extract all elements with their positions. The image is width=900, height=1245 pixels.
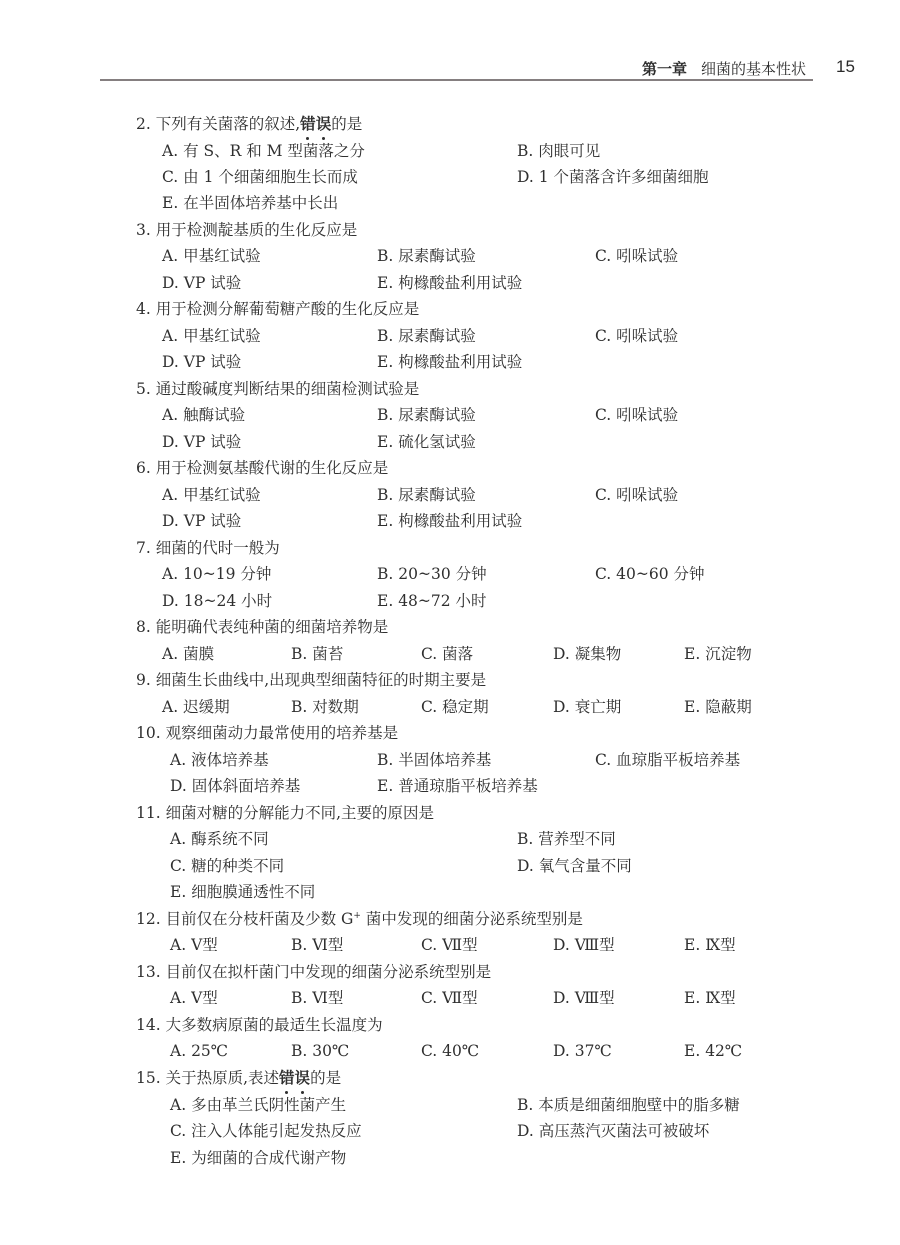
option-text: 10~19 分钟 — [183, 565, 271, 583]
question-number: 13. — [136, 963, 161, 981]
option-label: C. — [421, 936, 437, 954]
option-text: Ⅷ型 — [575, 989, 615, 1007]
option-text: 在半固体培养基中长出 — [183, 194, 338, 212]
option-label: C. — [421, 698, 437, 716]
option-label: E. — [684, 936, 700, 954]
question-9-stem: 9. 细菌生长曲线中,出现典型细菌特征的时期主要是 — [136, 668, 486, 692]
option-label: A. — [162, 406, 178, 424]
option: D. 固体斜面培养基 — [170, 774, 300, 798]
option-label: E. — [377, 777, 393, 795]
option-label: D. — [517, 857, 534, 875]
question-3-stem: 3. 用于检测靛基质的生化反应是 — [136, 218, 357, 242]
stem-text: 用于检测分解葡萄糖产酸的生化反应是 — [156, 300, 420, 318]
option-label: B. — [291, 989, 307, 1007]
option-text: 液体培养基 — [191, 751, 269, 769]
option: B. 营养型不同 — [517, 827, 616, 851]
option: B. 尿素酶试验 — [377, 483, 476, 507]
question-number: 15. — [136, 1069, 161, 1087]
option-label: C. — [595, 247, 611, 265]
option-text: 40~60 分钟 — [616, 565, 704, 583]
option-text: VP 试验 — [184, 433, 242, 451]
option-text: Ⅵ型 — [312, 936, 343, 954]
option: D. VP 试验 — [162, 271, 241, 295]
option-text: 为细菌的合成代谢产物 — [191, 1149, 346, 1167]
question-number: 4. — [136, 300, 151, 318]
option-label: D. — [162, 433, 179, 451]
option-label: E. — [377, 433, 393, 451]
option-label: B. — [377, 751, 393, 769]
option-label: D. — [553, 698, 570, 716]
option: C. 注入人体能引起发热反应 — [170, 1119, 362, 1143]
option-label: D. — [553, 645, 570, 663]
option-text: Ⅵ型 — [312, 989, 343, 1007]
option: E. Ⅸ型 — [684, 986, 736, 1010]
stem-text: 观察细菌动力最常使用的培养基是 — [166, 724, 399, 742]
question-number: 5. — [136, 380, 151, 398]
emphasis-wrong: 错误 — [300, 112, 331, 136]
question-number: 12. — [136, 910, 161, 928]
option-label: D. — [553, 936, 570, 954]
option-text: 多由革兰氏阴性菌产生 — [191, 1096, 346, 1114]
option-label: C. — [421, 1042, 437, 1060]
option: E. 48~72 小时 — [377, 589, 487, 613]
option: D. 1 个菌落含许多细菌细胞 — [517, 165, 709, 189]
option-text: 酶系统不同 — [191, 830, 269, 848]
option-label: B. — [291, 1042, 307, 1060]
option-text: 细胞膜通透性不同 — [191, 883, 315, 901]
question-10-stem: 10. 观察细菌动力最常使用的培养基是 — [136, 721, 398, 745]
option-label: C. — [595, 327, 611, 345]
option-text: 菌膜 — [183, 645, 214, 663]
option-text: 吲哚试验 — [616, 327, 678, 345]
option-label: C. — [595, 565, 611, 583]
option-label: A. — [162, 565, 178, 583]
option-text: 甲基红试验 — [183, 247, 261, 265]
option-text: 甲基红试验 — [183, 327, 261, 345]
option-text: 菌苔 — [312, 645, 343, 663]
option-label: E. — [684, 989, 700, 1007]
option-label: E. — [377, 274, 393, 292]
chapter-label: 第一章 — [642, 60, 687, 78]
stem-text: 的是 — [310, 1069, 341, 1087]
option: B. 20~30 分钟 — [377, 562, 487, 586]
option-text: 固体斜面培养基 — [192, 777, 301, 795]
option-label: A. — [170, 751, 186, 769]
option-text: 1 个菌落含许多细菌细胞 — [539, 168, 709, 186]
option-text: 稳定期 — [442, 698, 489, 716]
option-label: A. — [162, 645, 178, 663]
option-text: 37℃ — [575, 1042, 612, 1060]
option: B. 尿素酶试验 — [377, 324, 476, 348]
option-text: 沉淀物 — [705, 645, 752, 663]
option: E. 在半固体培养基中长出 — [162, 191, 338, 215]
option: C. 吲哚试验 — [595, 483, 678, 507]
option-text: 硫化氢试验 — [398, 433, 476, 451]
option-label: D. — [553, 1042, 570, 1060]
option: C. 40℃ — [421, 1039, 479, 1063]
option-text: Ⅸ型 — [705, 989, 735, 1007]
option-text: VP 试验 — [184, 274, 242, 292]
stem-text: 目前仅在分枝杆菌及少数 G — [166, 910, 354, 928]
option-label: A. — [162, 486, 178, 504]
option: C. 菌落 — [421, 642, 473, 666]
option-text: 血琼脂平板培养基 — [616, 751, 740, 769]
option-text: 营养型不同 — [538, 830, 616, 848]
option-text: 氧气含量不同 — [539, 857, 632, 875]
option: A. 25℃ — [170, 1039, 228, 1063]
stem-text: 能明确代表纯种菌的细菌培养物是 — [156, 618, 389, 636]
option-label: A. — [170, 1096, 186, 1114]
question-7-stem: 7. 细菌的代时一般为 — [136, 536, 280, 560]
option-text: Ⅷ型 — [575, 936, 615, 954]
option: A. 甲基红试验 — [162, 244, 261, 268]
option: B. Ⅵ型 — [291, 986, 343, 1010]
option-label: B. — [291, 698, 307, 716]
option-text: 普通琼脂平板培养基 — [398, 777, 538, 795]
emphasis-wrong: 错误 — [279, 1066, 310, 1090]
option: A. 甲基红试验 — [162, 324, 261, 348]
option-text: Ⅸ型 — [705, 936, 735, 954]
option-label: D. — [162, 353, 179, 371]
option: D. 18~24 小时 — [162, 589, 272, 613]
option: B. 本质是细菌细胞壁中的脂多糖 — [517, 1093, 740, 1117]
option-text: VP 试验 — [184, 353, 242, 371]
question-13-stem: 13. 目前仅在拟杆菌门中发现的细菌分泌系统型别是 — [136, 960, 491, 984]
question-number: 10. — [136, 724, 161, 742]
option-text: 吲哚试验 — [616, 486, 678, 504]
question-8-stem: 8. 能明确代表纯种菌的细菌培养物是 — [136, 615, 388, 639]
option-label: E. — [377, 353, 393, 371]
option-label: B. — [377, 565, 393, 583]
stem-text: 用于检测氨基酸代谢的生化反应是 — [156, 459, 389, 477]
option-text: 由 1 个细菌细胞生长而成 — [183, 168, 358, 186]
option-label: E. — [162, 194, 178, 212]
option-label: E. — [684, 698, 700, 716]
option-text: VP 试验 — [184, 512, 242, 530]
option: D. 衰亡期 — [553, 695, 621, 719]
option-text: 30℃ — [312, 1042, 349, 1060]
option-text: Ⅶ型 — [442, 989, 478, 1007]
option: C. Ⅶ型 — [421, 933, 478, 957]
stem-text: 菌中发现的细菌分泌系统型别是 — [361, 910, 583, 928]
option-text: Ⅴ型 — [191, 936, 218, 954]
stem-text: 细菌对糖的分解能力不同,主要的原因是 — [166, 804, 434, 822]
option-label: C. — [162, 168, 178, 186]
stem-text: 下列有关菌落的叙述, — [156, 115, 300, 133]
option: A. 液体培养基 — [170, 748, 269, 772]
option-label: D. — [553, 989, 570, 1007]
option: A. 菌膜 — [162, 642, 214, 666]
chapter-title: 细菌的基本性状 — [701, 60, 806, 78]
option-label: B. — [291, 645, 307, 663]
option: E. 枸橼酸盐利用试验 — [377, 271, 522, 295]
question-15-stem: 15. 关于热原质,表述错误的是 — [136, 1066, 341, 1090]
option-text: 18~24 小时 — [184, 592, 272, 610]
option-text: 有 S、R 和 M 型菌落之分 — [183, 142, 365, 160]
option-label: B. — [517, 142, 533, 160]
option-label: B. — [377, 327, 393, 345]
option-label: A. — [162, 327, 178, 345]
option-text: 42℃ — [705, 1042, 742, 1060]
option: B. Ⅵ型 — [291, 933, 343, 957]
emph-char: 错 — [300, 112, 316, 136]
option-label: C. — [170, 857, 186, 875]
option: B. 30℃ — [291, 1039, 349, 1063]
option-text: 枸橼酸盐利用试验 — [398, 274, 522, 292]
option-text: 尿素酶试验 — [398, 486, 476, 504]
option-label: E. — [684, 645, 700, 663]
option-text: 隐蔽期 — [705, 698, 752, 716]
option: E. 细胞膜通透性不同 — [170, 880, 315, 904]
question-number: 7. — [136, 539, 151, 557]
question-14-stem: 14. 大多数病原菌的最适生长温度为 — [136, 1013, 383, 1037]
option-text: 尿素酶试验 — [398, 406, 476, 424]
question-number: 14. — [136, 1016, 161, 1034]
option-label: B. — [377, 486, 393, 504]
option-label: B. — [517, 830, 533, 848]
option-text: 吲哚试验 — [616, 406, 678, 424]
stem-text: 细菌生长曲线中,出现典型细菌特征的时期主要是 — [156, 671, 486, 689]
option-text: 迟缓期 — [183, 698, 230, 716]
option: D. 高压蒸汽灭菌法可被破坏 — [517, 1119, 709, 1143]
option: A. 酶系统不同 — [170, 827, 269, 851]
stem-text: 目前仅在拟杆菌门中发现的细菌分泌系统型别是 — [166, 963, 492, 981]
option: B. 对数期 — [291, 695, 359, 719]
question-number: 2. — [136, 115, 151, 133]
option-text: 肉眼可见 — [538, 142, 600, 160]
stem-text: 用于检测靛基质的生化反应是 — [156, 221, 358, 239]
option-text: 本质是细菌细胞壁中的脂多糖 — [538, 1096, 740, 1114]
option: D. VP 试验 — [162, 430, 241, 454]
option-text: 吲哚试验 — [616, 247, 678, 265]
option: D. 37℃ — [553, 1039, 612, 1063]
option-label: A. — [162, 142, 178, 160]
stem-text: 的是 — [331, 115, 362, 133]
option-label: A. — [170, 989, 186, 1007]
question-2-stem: 2. 下列有关菌落的叙述,错误的是 — [136, 112, 362, 136]
emph-char: 误 — [295, 1066, 311, 1090]
option: E. 普通琼脂平板培养基 — [377, 774, 538, 798]
option-text: 尿素酶试验 — [398, 327, 476, 345]
option-label: B. — [291, 936, 307, 954]
option-label: D. — [162, 274, 179, 292]
option-text: 半固体培养基 — [398, 751, 491, 769]
option: D. VP 试验 — [162, 350, 241, 374]
option-text: Ⅶ型 — [442, 936, 478, 954]
question-number: 8. — [136, 618, 151, 636]
option: C. 由 1 个细菌细胞生长而成 — [162, 165, 358, 189]
emph-char: 错 — [279, 1066, 295, 1090]
question-number: 11. — [136, 804, 161, 822]
option-text: Ⅴ型 — [191, 989, 218, 1007]
header-rule — [100, 79, 813, 81]
question-12-stem: 12. 目前仅在分枝杆菌及少数 G+ 菌中发现的细菌分泌系统型别是 — [136, 907, 583, 931]
option-label: E. — [377, 512, 393, 530]
option: A. 10~19 分钟 — [162, 562, 271, 586]
option-text: 凝集物 — [575, 645, 622, 663]
option-text: 衰亡期 — [575, 698, 622, 716]
option-label: A. — [162, 698, 178, 716]
superscript-plus: + — [353, 911, 361, 921]
option: B. 尿素酶试验 — [377, 403, 476, 427]
option-label: C. — [595, 486, 611, 504]
option-label: D. — [162, 512, 179, 530]
stem-text: 通过酸碱度判断结果的细菌检测试验是 — [156, 380, 420, 398]
option-text: 尿素酶试验 — [398, 247, 476, 265]
option: A. Ⅴ型 — [170, 933, 218, 957]
option: E. 42℃ — [684, 1039, 742, 1063]
option: C. 稳定期 — [421, 695, 489, 719]
option-label: C. — [595, 406, 611, 424]
option: D. Ⅷ型 — [553, 986, 615, 1010]
question-number: 3. — [136, 221, 151, 239]
option: B. 半固体培养基 — [377, 748, 491, 772]
option-text: 菌落 — [442, 645, 473, 663]
option: E. 枸橼酸盐利用试验 — [377, 509, 522, 533]
option: D. VP 试验 — [162, 509, 241, 533]
option-text: 对数期 — [312, 698, 359, 716]
option: C. Ⅶ型 — [421, 986, 478, 1010]
option-label: C. — [170, 1122, 186, 1140]
option-text: 20~30 分钟 — [398, 565, 486, 583]
option: C. 吲哚试验 — [595, 403, 678, 427]
question-number: 9. — [136, 671, 151, 689]
question-6-stem: 6. 用于检测氨基酸代谢的生化反应是 — [136, 456, 388, 480]
stem-text: 细菌的代时一般为 — [156, 539, 280, 557]
stem-text: 大多数病原菌的最适生长温度为 — [166, 1016, 383, 1034]
option-label: A. — [170, 830, 186, 848]
emph-char: 误 — [316, 112, 332, 136]
option: D. 氧气含量不同 — [517, 854, 632, 878]
option: C. 吲哚试验 — [595, 244, 678, 268]
option: A. 触酶试验 — [162, 403, 245, 427]
question-4-stem: 4. 用于检测分解葡萄糖产酸的生化反应是 — [136, 297, 419, 321]
option: A. 迟缓期 — [162, 695, 230, 719]
option-text: 触酶试验 — [183, 406, 245, 424]
option: E. 枸橼酸盐利用试验 — [377, 350, 522, 374]
option-label: D. — [170, 777, 187, 795]
option-text: 枸橼酸盐利用试验 — [398, 512, 522, 530]
option-label: C. — [595, 751, 611, 769]
option-text: 甲基红试验 — [183, 486, 261, 504]
option: C. 糖的种类不同 — [170, 854, 284, 878]
option-label: D. — [517, 168, 534, 186]
question-5-stem: 5. 通过酸碱度判断结果的细菌检测试验是 — [136, 377, 419, 401]
option: E. 隐蔽期 — [684, 695, 752, 719]
stem-text: 关于热原质,表述 — [166, 1069, 279, 1087]
option: E. 为细菌的合成代谢产物 — [170, 1146, 346, 1170]
question-number: 6. — [136, 459, 151, 477]
option: E. 沉淀物 — [684, 642, 752, 666]
option: B. 尿素酶试验 — [377, 244, 476, 268]
option-label: E. — [684, 1042, 700, 1060]
option-text: 糖的种类不同 — [191, 857, 284, 875]
option-text: 高压蒸汽灭菌法可被破坏 — [539, 1122, 710, 1140]
option-label: C. — [421, 989, 437, 1007]
option-label: A. — [170, 936, 186, 954]
option-text: 注入人体能引起发热反应 — [191, 1122, 362, 1140]
option: C. 40~60 分钟 — [595, 562, 705, 586]
option-label: D. — [162, 592, 179, 610]
option-label: E. — [170, 1149, 186, 1167]
question-11-stem: 11. 细菌对糖的分解能力不同,主要的原因是 — [136, 801, 434, 825]
option: A. Ⅴ型 — [170, 986, 218, 1010]
option-label: A. — [170, 1042, 186, 1060]
option: B. 肉眼可见 — [517, 139, 600, 163]
option: A. 多由革兰氏阴性菌产生 — [170, 1093, 346, 1117]
option: E. Ⅸ型 — [684, 933, 736, 957]
option: A. 有 S、R 和 M 型菌落之分 — [162, 139, 365, 163]
option-text: 40℃ — [442, 1042, 479, 1060]
option-label: E. — [170, 883, 186, 901]
option-text: 48~72 小时 — [398, 592, 486, 610]
page-number: 15 — [836, 57, 855, 77]
option-label: E. — [377, 592, 393, 610]
option-text: 枸橼酸盐利用试验 — [398, 353, 522, 371]
option-label: A. — [162, 247, 178, 265]
option-text: 25℃ — [191, 1042, 228, 1060]
running-header: 第一章细菌的基本性状 — [642, 58, 806, 79]
option-label: D. — [517, 1122, 534, 1140]
option: C. 吲哚试验 — [595, 324, 678, 348]
option-label: B. — [377, 247, 393, 265]
option: A. 甲基红试验 — [162, 483, 261, 507]
option-label: B. — [377, 406, 393, 424]
option: E. 硫化氢试验 — [377, 430, 476, 454]
option: D. Ⅷ型 — [553, 933, 615, 957]
option-label: C. — [421, 645, 437, 663]
option-label: B. — [517, 1096, 533, 1114]
option: C. 血琼脂平板培养基 — [595, 748, 740, 772]
option: B. 菌苔 — [291, 642, 343, 666]
option: D. 凝集物 — [553, 642, 621, 666]
